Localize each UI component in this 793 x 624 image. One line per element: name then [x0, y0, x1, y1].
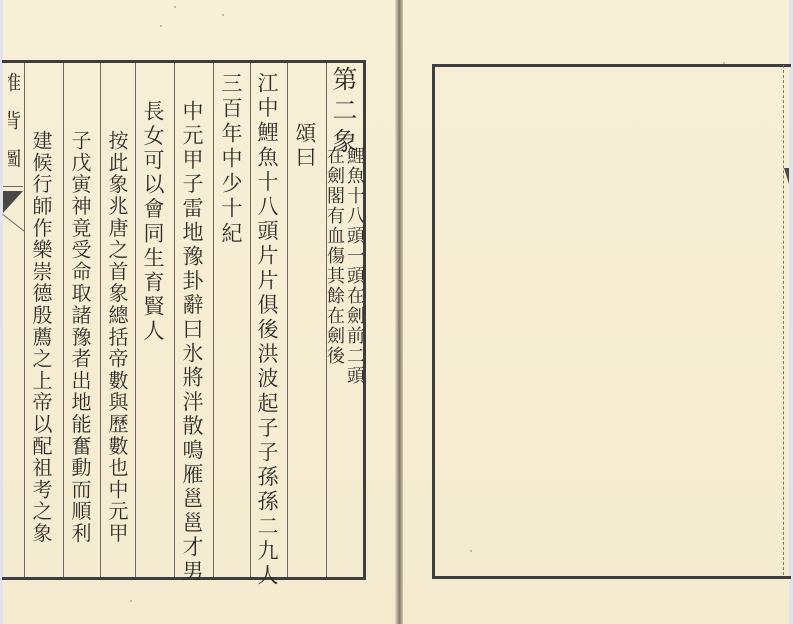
paper-speck — [174, 6, 176, 8]
title-annotation-line-1: 鯉魚十八頭一頭在劍前二頭 — [345, 146, 363, 386]
paper-speck — [222, 14, 224, 16]
paper-speck — [160, 25, 162, 27]
column-rule — [250, 63, 251, 577]
fishtail-rule — [3, 186, 23, 187]
title-annotation-line-2: 在劍閣有血傷其餘在劍後 — [325, 146, 343, 366]
fishtail-mark-icon — [784, 168, 789, 184]
right-page-frame — [432, 64, 791, 579]
song-label: 頌曰 — [294, 122, 315, 170]
fishtail-mark-icon — [3, 191, 23, 213]
column-rule — [135, 63, 136, 577]
column-rule — [287, 63, 288, 577]
commentary-line-1: 按此象兆唐之首象總括帝數與歷數也中元甲 — [107, 130, 127, 544]
column-rule — [63, 63, 64, 577]
verse-line-2: 三百年中少十紀 — [220, 72, 241, 247]
verse-line-3: 中元甲子雷地豫卦辭曰氷將泮散鳴雁邕邕才男 — [181, 100, 202, 584]
column-rule — [24, 63, 25, 577]
paper-speck — [723, 62, 725, 64]
commentary-line-3: 建候行師作樂崇德殷薦之上帝以配祖考之象 — [31, 130, 51, 544]
column-rule — [100, 63, 101, 577]
book-gutter-fold — [395, 0, 403, 624]
commentary-line-2: 子戊寅神竟受命取諸豫者出地能奮動而順利 — [70, 130, 90, 544]
verse-line-4: 長女可以會同生育賢人 — [142, 100, 163, 344]
right-page-inner-rule — [783, 65, 785, 575]
paper-speck — [470, 550, 472, 552]
paper-speck — [130, 600, 132, 602]
column-rule — [213, 63, 214, 577]
verse-line-1: 江中鯉魚十八頭片片俱後洪波起子子孫孫二九人 — [256, 72, 277, 589]
column-rule — [174, 63, 175, 577]
